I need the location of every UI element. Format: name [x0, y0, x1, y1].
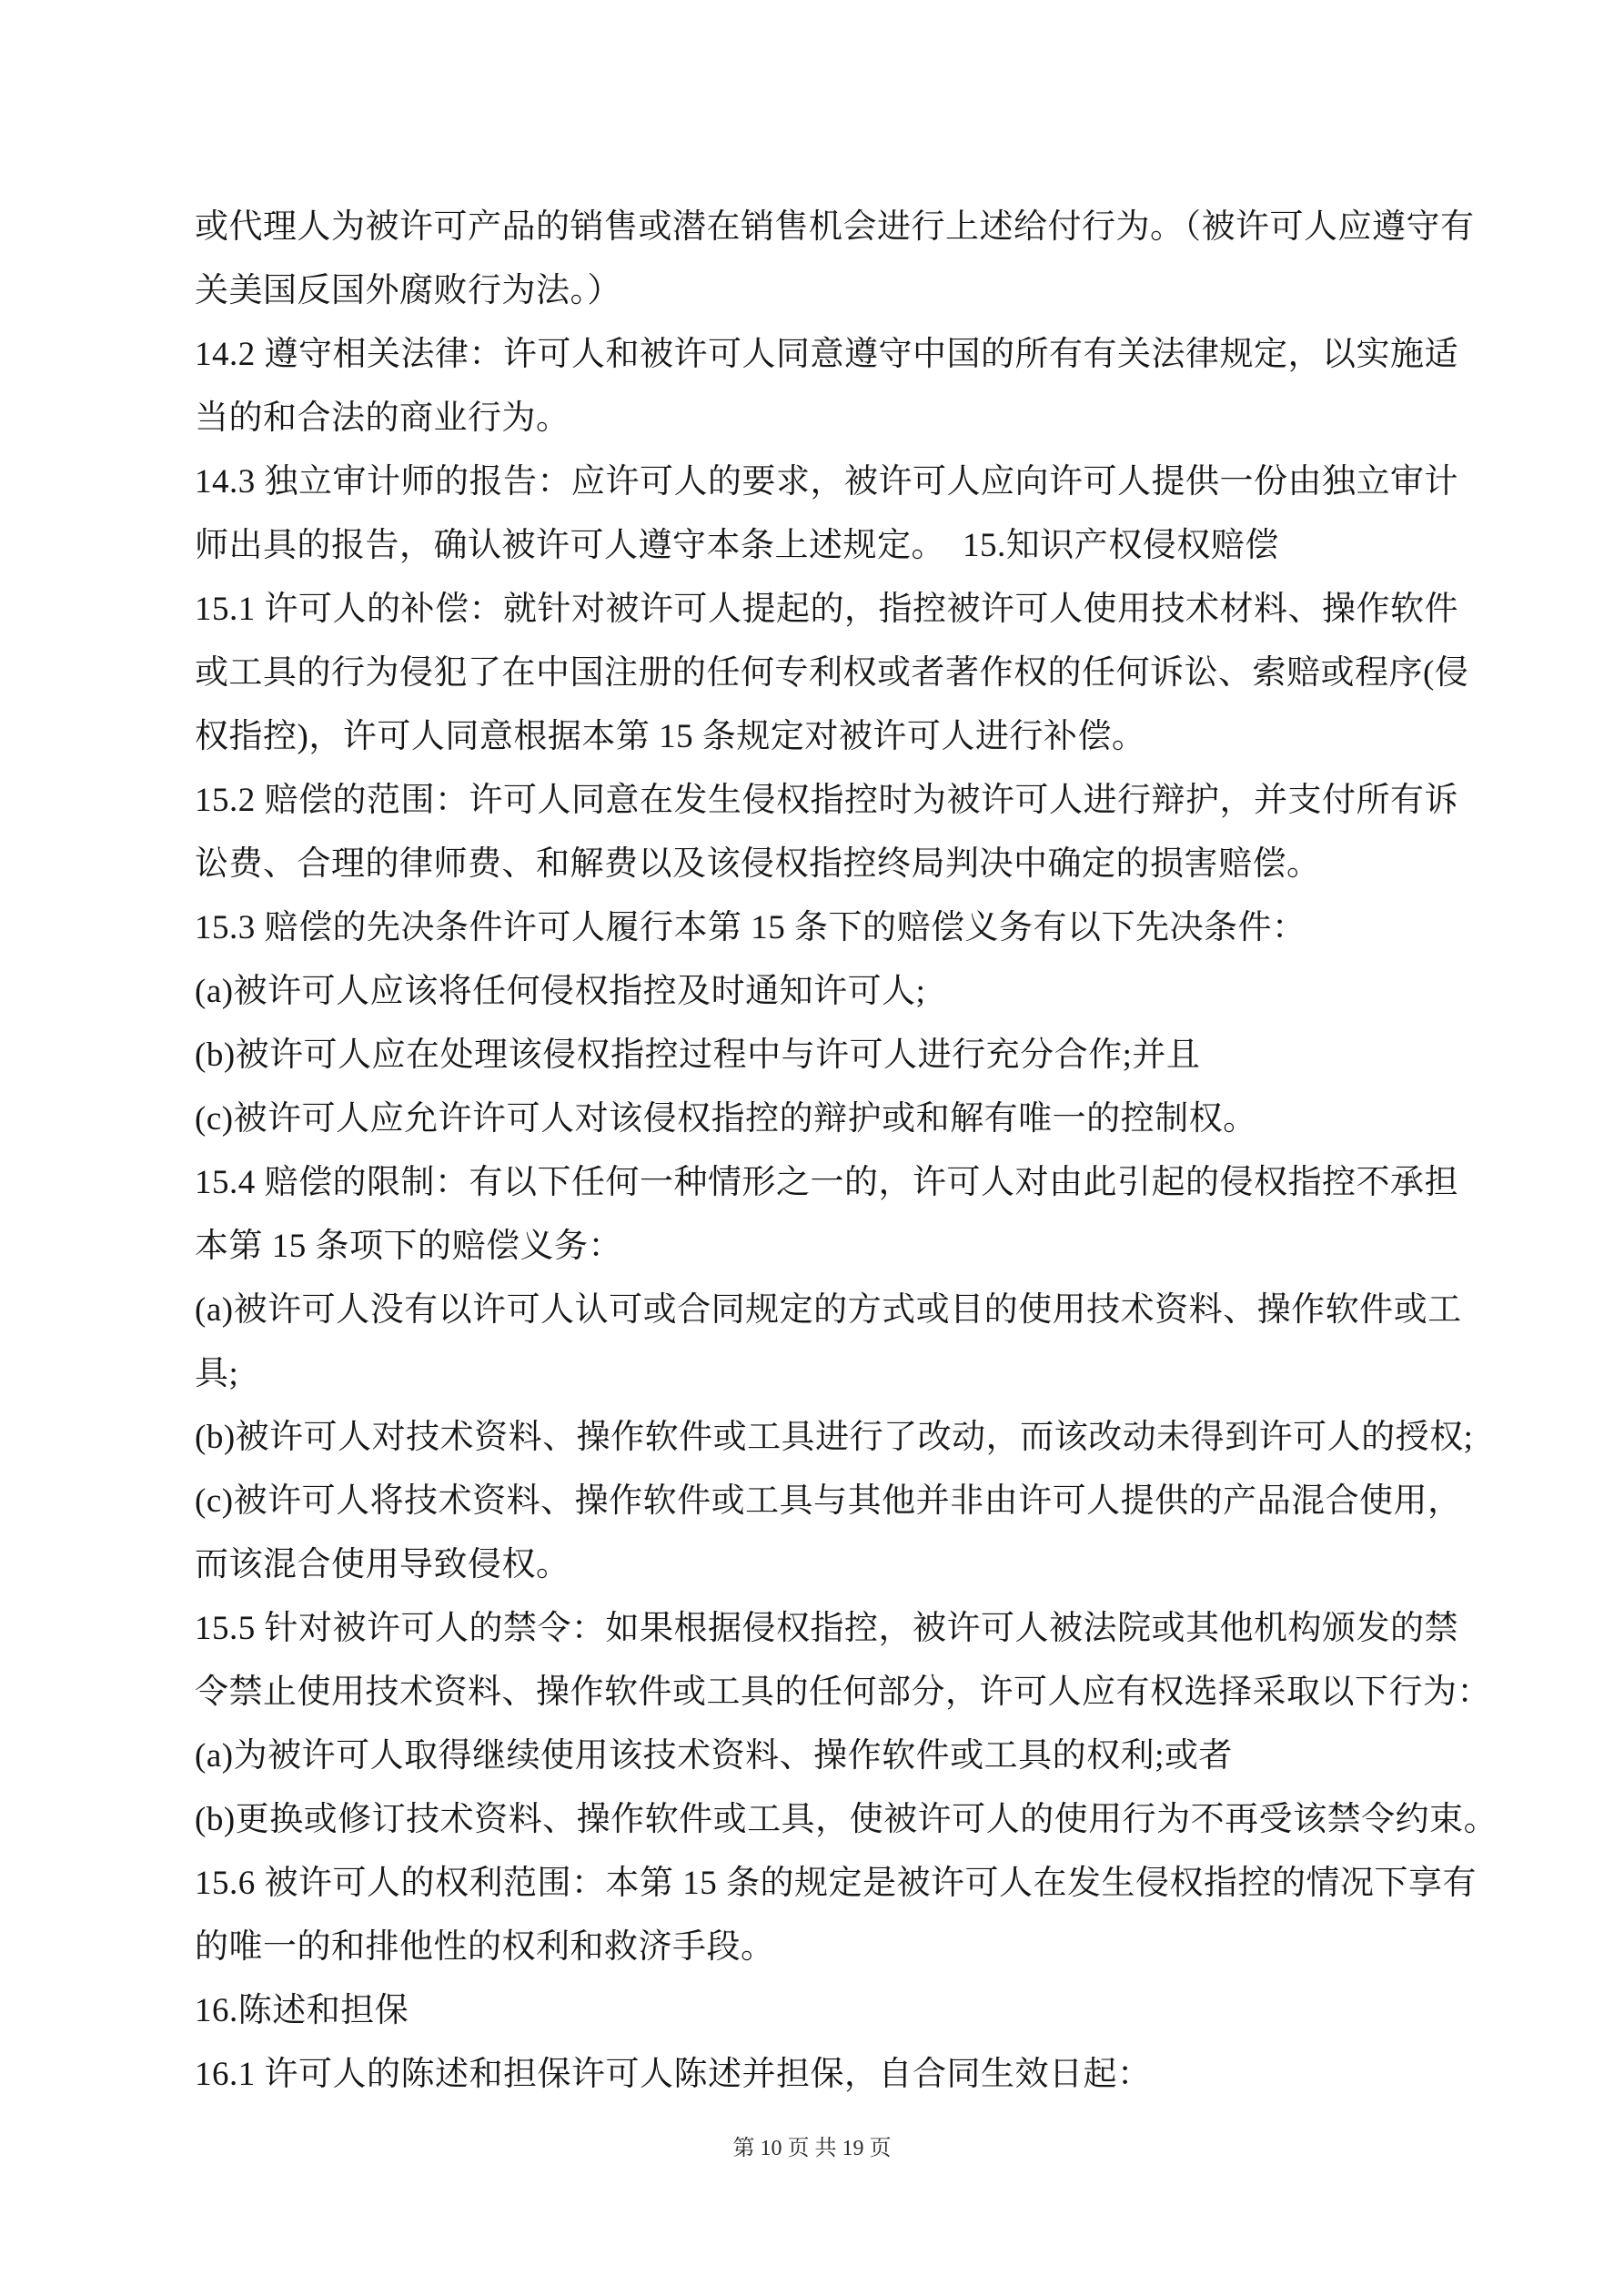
text-line: 14.3 独立审计师的报告：应许可人的要求，被许可人应向许可人提供一份由独立审计	[195, 450, 1459, 514]
text-line: 或工具的行为侵犯了在中国注册的任何专利权或者著作权的任何诉讼、索赔或程序(侵	[195, 642, 1459, 705]
text-line: (b)更换或修订技术资料、操作软件或工具，使被许可人的使用行为不再受该禁令约束。	[195, 1788, 1459, 1852]
text-line: 15.4 赔偿的限制：有以下任何一种情形之一的，许可人对由此引起的侵权指控不承担	[195, 1151, 1459, 1215]
text-line: 16.1 许可人的陈述和担保许可人陈述并担保，自合同生效日起：	[195, 2043, 1459, 2107]
page-footer: 第 10 页 共 19 页	[0, 2129, 1624, 2161]
text-line: 16.陈述和担保	[195, 1979, 1459, 2043]
text-line: 或代理人为被许可产品的销售或潜在销售机会进行上述给付行为。（被许可人应遵守有	[195, 196, 1459, 259]
text-line: 当的和合法的商业行为。	[195, 387, 1459, 450]
text-line: (b)被许可人对技术资料、操作软件或工具进行了改动，而该改动未得到许可人的授权;	[195, 1406, 1459, 1470]
text-line: 师出具的报告，确认被许可人遵守本条上述规定。 15.知识产权侵权赔偿	[195, 514, 1459, 578]
text-line: 15.3 赔偿的先决条件许可人履行本第 15 条下的赔偿义务有以下先决条件：	[195, 896, 1459, 960]
text-line: (a)被许可人应该将任何侵权指控及时通知许可人;	[195, 960, 1459, 1024]
text-line: (a)为被许可人取得继续使用该技术资料、操作软件或工具的权利;或者	[195, 1725, 1459, 1788]
text-line: (c)被许可人应允许许可人对该侵权指控的辩护或和解有唯一的控制权。	[195, 1087, 1459, 1151]
document-page: 或代理人为被许可产品的销售或潜在销售机会进行上述给付行为。（被许可人应遵守有 关…	[0, 0, 1624, 2296]
text-line: 令禁止使用技术资料、操作软件或工具的任何部分，许可人应有权选择采取以下行为：	[195, 1661, 1459, 1725]
text-line: 的唯一的和排他性的权利和救济手段。	[195, 1916, 1459, 1979]
text-line: 14.2 遵守相关法律：许可人和被许可人同意遵守中国的所有有关法律规定，以实施适	[195, 323, 1459, 387]
text-line: (c)被许可人将技术资料、操作软件或工具与其他并非由许可人提供的产品混合使用，	[195, 1470, 1459, 1533]
text-line: 具;	[195, 1342, 1459, 1406]
text-line: (b)被许可人应在处理该侵权指控过程中与许可人进行充分合作;并且	[195, 1024, 1459, 1087]
text-line: 15.1 许可人的补偿：就针对被许可人提起的，指控被许可人使用技术材料、操作软件	[195, 578, 1459, 642]
text-line: 本第 15 条项下的赔偿义务：	[195, 1215, 1459, 1279]
text-line: 15.6 被许可人的权利范围：本第 15 条的规定是被许可人在发生侵权指控的情况…	[195, 1852, 1459, 1916]
text-line: 权指控)，许可人同意根据本第 15 条规定对被许可人进行补偿。	[195, 705, 1459, 769]
text-line: 而该混合使用导致侵权。	[195, 1533, 1459, 1597]
text-line: 讼费、合理的律师费、和解费以及该侵权指控终局判决中确定的损害赔偿。	[195, 833, 1459, 896]
document-body: 或代理人为被许可产品的销售或潜在销售机会进行上述给付行为。（被许可人应遵守有 关…	[195, 196, 1459, 2107]
text-line: 15.2 赔偿的范围：许可人同意在发生侵权指控时为被许可人进行辩护，并支付所有诉	[195, 769, 1459, 833]
text-line: (a)被许可人没有以许可人认可或合同规定的方式或目的使用技术资料、操作软件或工	[195, 1279, 1459, 1342]
text-line: 关美国反国外腐败行为法。）	[195, 259, 1459, 323]
text-line: 15.5 针对被许可人的禁令：如果根据侵权指控，被许可人被法院或其他机构颁发的禁	[195, 1597, 1459, 1661]
